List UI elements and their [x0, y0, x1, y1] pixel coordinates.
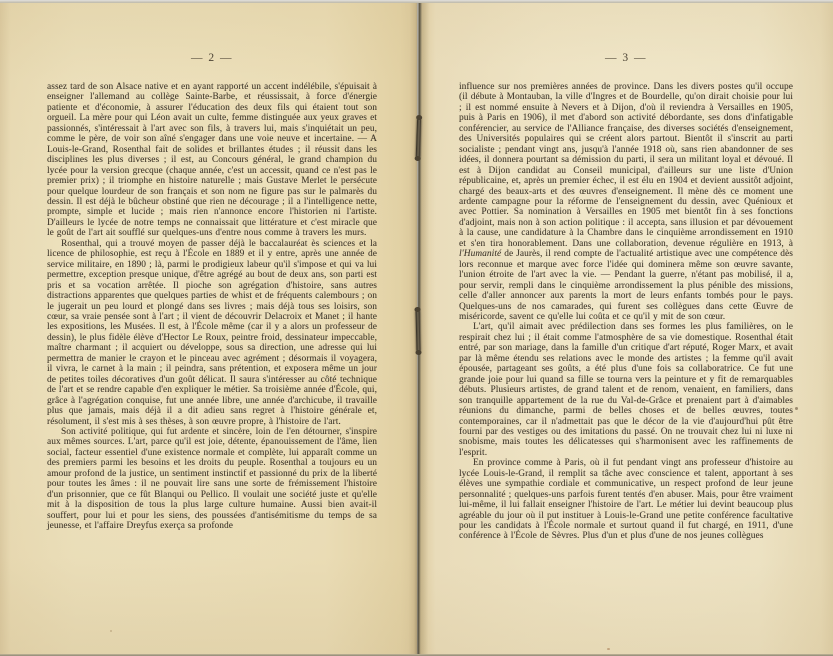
staple-top — [416, 118, 421, 158]
paragraph: L'art, qu'il aimait avec prédilection da… — [459, 322, 793, 458]
binding-crease — [408, 2, 429, 655]
scan-speck — [110, 630, 112, 632]
page-body-right: influence sur nos premières années de pr… — [459, 82, 793, 542]
scan-speck — [607, 648, 610, 650]
scanner-edge-top — [0, 0, 833, 3]
paragraph: influence sur nos premières années de pr… — [459, 82, 793, 322]
paragraph: Son activité politique, qui fut ardente … — [47, 427, 377, 532]
page-number-right: — 3 — — [459, 52, 793, 66]
page-number-left: — 2 — — [47, 52, 377, 66]
scanned-book-spread: — 2 — assez tard de son Alsace native et… — [0, 0, 833, 656]
paper-area: — 2 — assez tard de son Alsace native et… — [0, 2, 833, 655]
scan-speck — [795, 407, 798, 410]
page-body-left: assez tard de son Alsace native et en ay… — [47, 82, 377, 531]
staple-bottom — [415, 310, 420, 352]
paragraph: assez tard de son Alsace native et en ay… — [47, 82, 377, 239]
paragraph: Rosenthal, qui a trouvé moyen de passer … — [47, 239, 377, 427]
paragraph: En province comme à Paris, où il fut pen… — [459, 458, 793, 542]
